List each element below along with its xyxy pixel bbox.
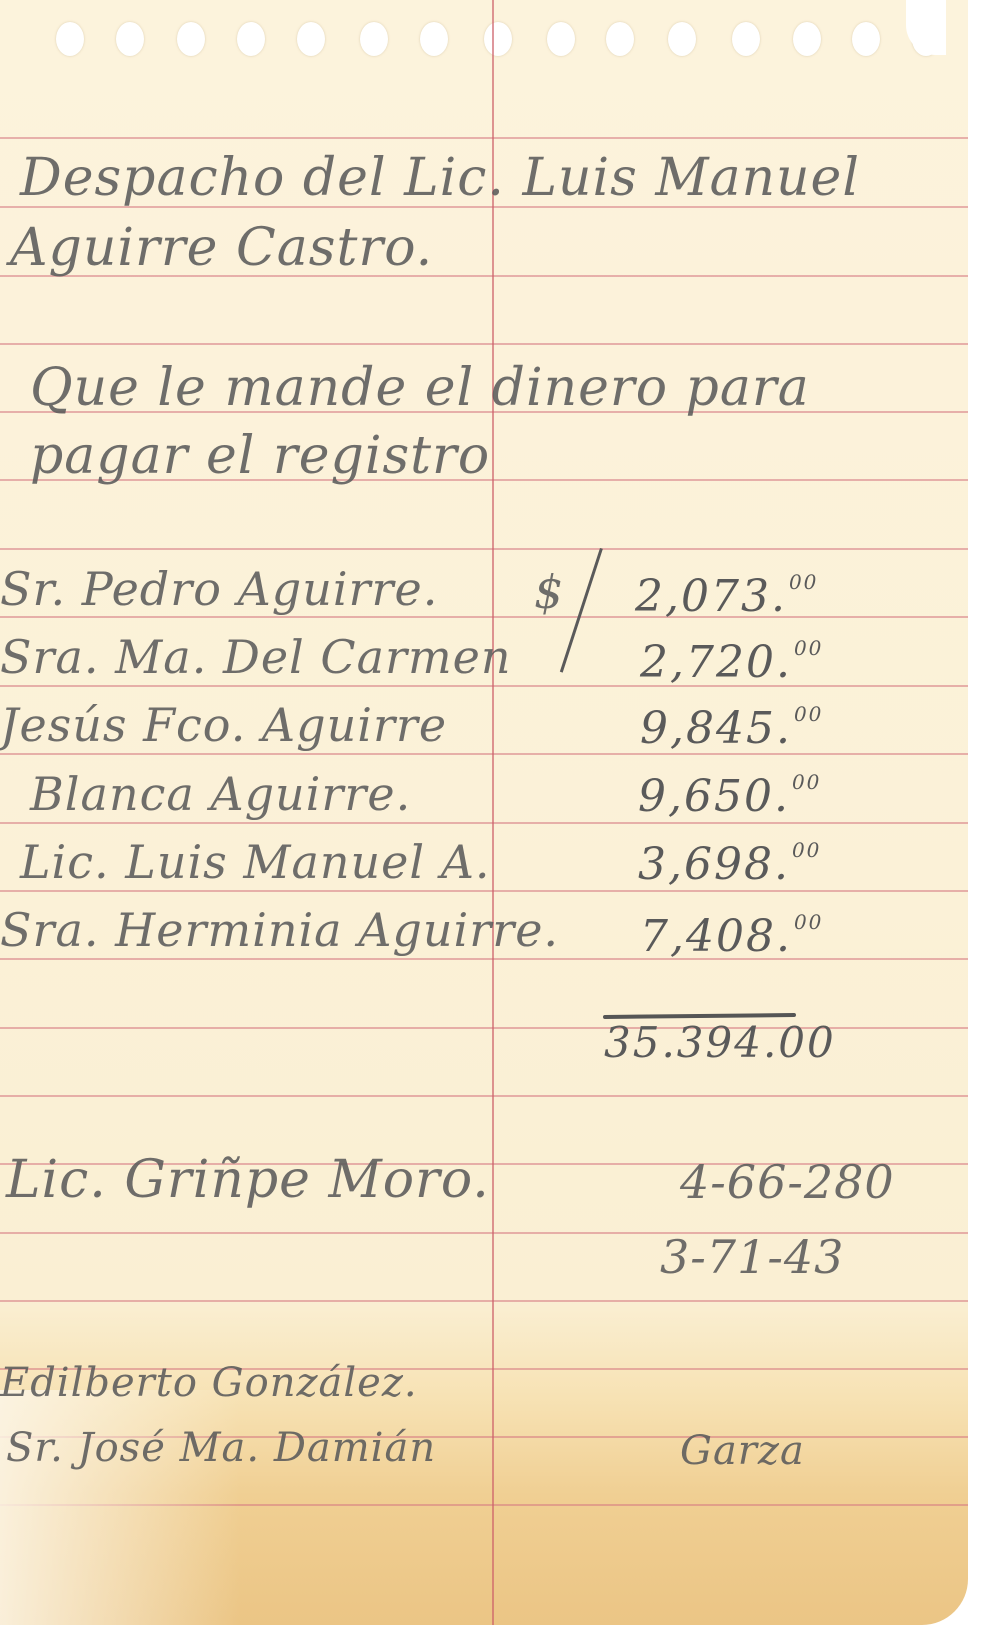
punch-hole bbox=[116, 22, 144, 56]
punch-hole bbox=[732, 22, 760, 56]
ledger-amount: 9,650.00 bbox=[638, 770, 821, 822]
ledger-name: Jesús Fco. Aguirre bbox=[0, 698, 447, 752]
punch-hole bbox=[668, 22, 696, 56]
punch-hole bbox=[420, 22, 448, 56]
ledger-name: Sr. Pedro Aguirre. bbox=[0, 562, 438, 616]
signature-line-1: Edilberto González. bbox=[0, 1360, 418, 1406]
bracket-stroke bbox=[560, 548, 603, 673]
rule-line bbox=[0, 343, 968, 345]
ledger-amount: 9,845.00 bbox=[640, 702, 823, 754]
ledger-amount: 2,720.00 bbox=[640, 636, 823, 688]
punch-hole bbox=[297, 22, 325, 56]
rule-line bbox=[0, 1095, 968, 1097]
contact-phone-1: 4-66-280 bbox=[680, 1155, 895, 1209]
dollar-sign: $ bbox=[534, 565, 564, 619]
ledger-amount: 3,698.00 bbox=[638, 838, 821, 890]
signature-line-2-right: Garza bbox=[680, 1428, 805, 1474]
margin-line bbox=[492, 0, 494, 1625]
rule-line bbox=[0, 890, 968, 892]
ledger-name: Sra. Ma. Del Carmen bbox=[0, 630, 511, 684]
ledger-name: Blanca Aguirre. bbox=[30, 767, 411, 821]
punch-hole bbox=[793, 22, 821, 56]
heading-line-1: Despacho del Lic. Luis Manuel bbox=[20, 148, 860, 208]
rule-line bbox=[0, 616, 968, 618]
note-line-2: pagar el registro bbox=[30, 426, 490, 486]
ledger-name: Lic. Luis Manuel A. bbox=[20, 835, 491, 889]
torn-corner bbox=[906, 0, 946, 55]
ledger-amount: 2,073.00 bbox=[635, 570, 818, 622]
rule-line bbox=[0, 1300, 968, 1302]
ledger-amount: 7,408.00 bbox=[640, 910, 823, 962]
contact-phone-2: 3-71-43 bbox=[660, 1230, 844, 1284]
punch-hole bbox=[237, 22, 265, 56]
ledger-total: 35.394.00 bbox=[604, 1018, 836, 1067]
punch-hole bbox=[606, 22, 634, 56]
notebook-page: Despacho del Lic. Luis Manuel Aguirre Ca… bbox=[0, 0, 968, 1625]
signature-line-2-left: Sr. José Ma. Damián bbox=[6, 1425, 436, 1471]
note-line-1: Que le mande el dinero para bbox=[30, 358, 810, 418]
rule-line bbox=[0, 822, 968, 824]
rule-line bbox=[0, 548, 968, 550]
contact-name: Lic. Griñpe Moro. bbox=[6, 1150, 490, 1210]
ledger-name: Sra. Herminia Aguirre. bbox=[0, 903, 559, 957]
punch-hole bbox=[547, 22, 575, 56]
punch-hole bbox=[484, 22, 512, 56]
rule-line bbox=[0, 137, 968, 139]
punch-hole bbox=[177, 22, 205, 56]
punch-hole bbox=[852, 22, 880, 56]
heading-line-2: Aguirre Castro. bbox=[10, 218, 433, 278]
punch-hole bbox=[56, 22, 84, 56]
punch-hole bbox=[360, 22, 388, 56]
